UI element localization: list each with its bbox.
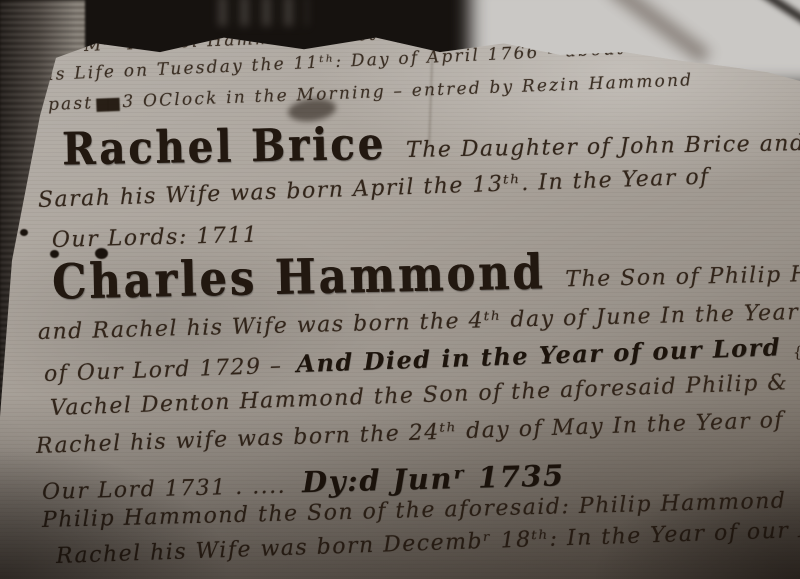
entry-line: of Our Lord 1729 – — [44, 356, 283, 386]
entry-heading-continuation: The Daughter of John Brice and — [406, 133, 800, 162]
entry-line: Our Lords: 1711 — [52, 225, 259, 252]
struck-out-word-blot: ▆▆ — [93, 93, 123, 112]
margin-date-note: {May 3ʳ–1 — [792, 335, 800, 362]
ink-spot — [20, 229, 28, 236]
manuscript-photo: Mʳˢ Rachel Hammond relict of Philip Hamm… — [0, 0, 800, 579]
entry-line: Our Lord 1731 . .... — [42, 476, 287, 504]
entry-heading-rachel-brice: Rachel Brice — [62, 122, 387, 172]
background-blurred-shelf — [218, 0, 308, 26]
death-record-emphasis: Dy:d Junʳ 1735 — [302, 458, 566, 499]
death-note-line-3: past — [48, 93, 94, 115]
manuscript-page: Mʳˢ Rachel Hammond relict of Philip Hamm… — [0, 0, 800, 579]
death-record-emphasis: And Died in the Year of our Lord — [296, 332, 782, 378]
entry-heading-continuation: The Son of Philip Hammond — [565, 262, 800, 291]
entry-heading-charles-hammond: Charles Hammond — [51, 249, 545, 307]
